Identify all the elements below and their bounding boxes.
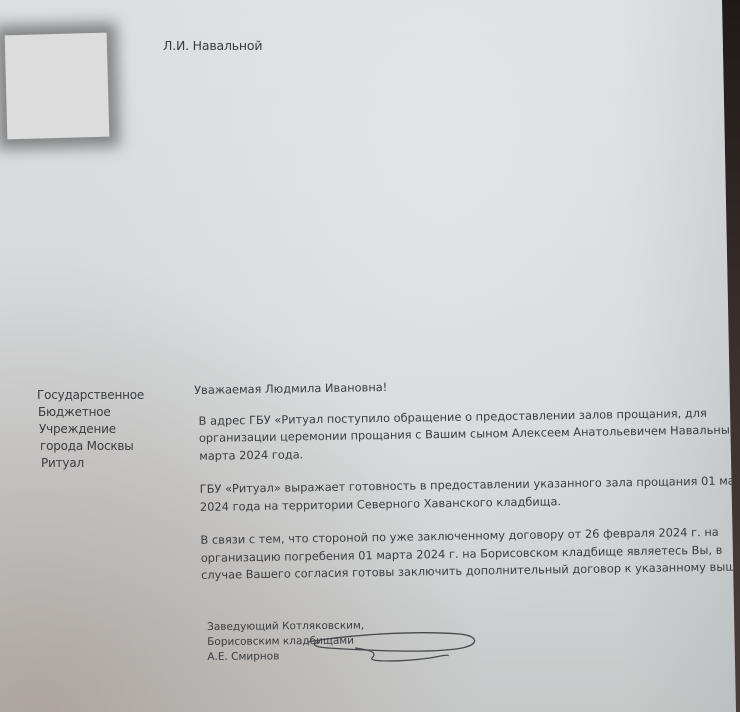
- greeting: Уважаемая Людмила Ивановна!: [194, 374, 724, 400]
- letter-page: Л.И. Навальной Государственное Бюджетное…: [0, 0, 740, 712]
- paragraph-readiness: ГБУ «Ритуал» выражает готовность в предо…: [200, 473, 726, 516]
- paragraph-request: В адрес ГБУ «Ритуал поступило обращение …: [198, 404, 725, 465]
- handwritten-signature-icon: [300, 628, 490, 668]
- sender-organization: Государственное Бюджетное Учреждение гор…: [37, 387, 144, 472]
- sender-line: Учреждение: [39, 421, 144, 438]
- sender-line: города Москвы: [40, 438, 144, 455]
- letter-body: Уважаемая Людмила Ивановна! В адрес ГБУ …: [194, 374, 727, 601]
- sender-line: Государственное: [37, 387, 144, 404]
- sender-line: Ритуал: [41, 455, 144, 472]
- sender-line: Бюджетное: [38, 404, 144, 421]
- page-edge-shadow: [620, 0, 740, 712]
- recipient-name: Л.И. Навальной: [163, 38, 262, 53]
- paragraph-contract: В связи с тем, что стороной по уже заклю…: [200, 524, 727, 585]
- redacted-emblem-icon: [5, 33, 110, 140]
